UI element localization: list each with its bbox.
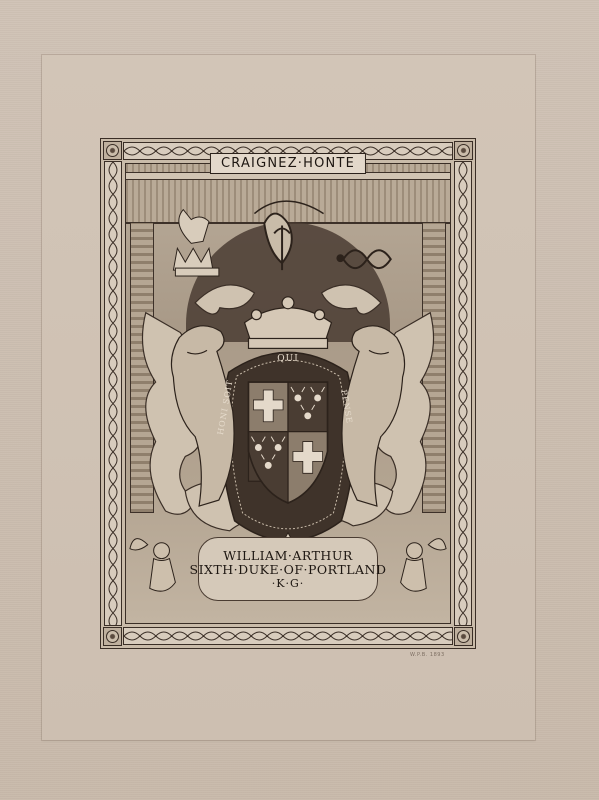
- corner-rosette-icon: [103, 627, 122, 646]
- corner-rosette-icon: [454, 141, 473, 160]
- owner-cartouche: WILLIAM·ARTHUR SIXTH·DUKE·OF·PORTLAND ·K…: [198, 537, 378, 601]
- corner-rosette-icon: [103, 141, 122, 160]
- mount-board: HONI SOIT QUI MAL Y PENSE QUI HONI SOIT …: [0, 0, 599, 800]
- corner-rosette-icon: [454, 627, 473, 646]
- border-band-bottom: [123, 627, 453, 645]
- owner-order: ·K·G·: [272, 577, 305, 590]
- owner-name: WILLIAM·ARTHUR: [223, 549, 353, 563]
- family-motto-banner: CRAIGNEZ·HONTE: [210, 153, 366, 174]
- engraving-field: HONI SOIT QUI MAL Y PENSE QUI HONI SOIT …: [125, 163, 451, 624]
- owner-title: SIXTH·DUKE·OF·PORTLAND: [190, 563, 387, 577]
- border-band-left: [104, 161, 122, 626]
- garter-motto-top: QUI: [126, 354, 450, 364]
- bookplate-engraving: HONI SOIT QUI MAL Y PENSE QUI HONI SOIT …: [100, 138, 476, 649]
- border-band-right: [454, 161, 472, 626]
- engraver-imprint: W.P.B. 1893: [410, 652, 445, 658]
